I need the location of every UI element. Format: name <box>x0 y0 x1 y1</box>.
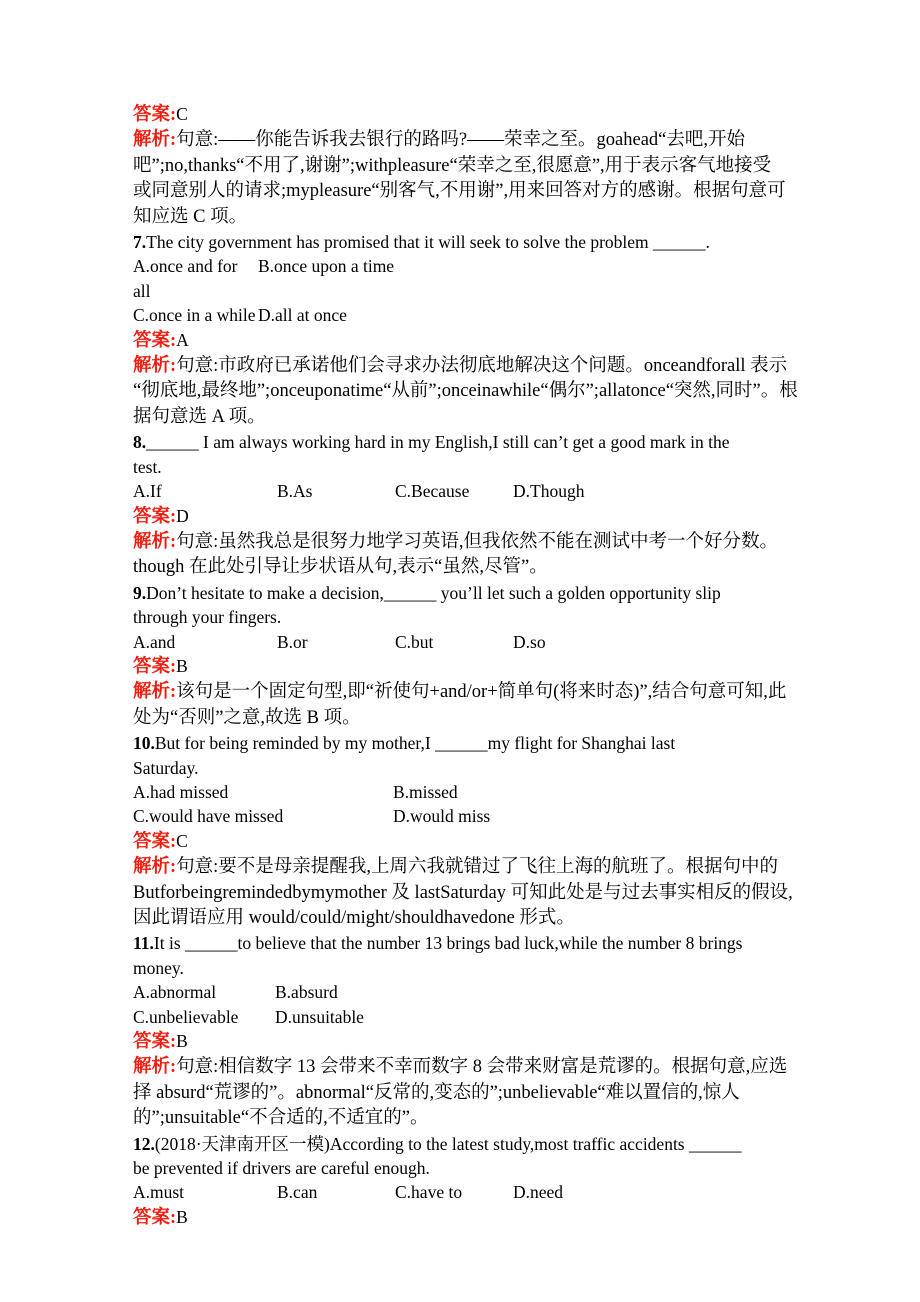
analysis-label: 解析: <box>133 356 176 376</box>
analysis-text: 句意:——你能告诉我去银行的路吗?——荣幸之至。goahead“去吧,开始 吧”… <box>133 130 786 226</box>
question-number: 7. <box>133 232 146 252</box>
option-c: C.have to <box>395 1180 513 1204</box>
question-11: 11.It is ______to believe that the numbe… <box>133 931 800 1131</box>
option-a: A.had missed <box>133 780 393 804</box>
option-c: C.once in a while <box>133 303 258 327</box>
answer-key-page: 答案:C 解析:句意:——你能告诉我去银行的路吗?——荣幸之至。goahead“… <box>0 0 920 1231</box>
option-b: B.As <box>277 479 395 503</box>
analysis-line: 解析:该句是一个固定句型,即“祈使句+and/or+简单句(将来时态)”,结合句… <box>133 680 800 731</box>
options-row: A.abnormalB.absurd <box>133 980 800 1004</box>
answer-value: A <box>176 330 189 350</box>
question-9: 9.Don’t hesitate to make a decision,____… <box>133 581 800 731</box>
option-a: A.must <box>133 1180 277 1204</box>
stem-text: ______ I am always working hard in my En… <box>133 432 730 476</box>
answer-label: 答案: <box>133 657 176 677</box>
analysis-text: 该句是一个固定句型,即“祈使句+and/or+简单句(将来时态)”,结合句意可知… <box>133 682 786 727</box>
analysis-line: 解析:句意:相信数字 13 会带来不幸而数字 8 会带来财富是荒谬的。根据句意,… <box>133 1055 800 1131</box>
answer-label: 答案: <box>133 1208 176 1228</box>
answer-label: 答案: <box>133 507 176 527</box>
analysis-label: 解析: <box>133 857 176 877</box>
answer-value: B <box>176 656 188 676</box>
option-c: C.but <box>395 630 513 654</box>
option-c: C.Because <box>395 479 513 503</box>
option-a: A.and <box>133 630 277 654</box>
answer-label: 答案: <box>133 331 176 351</box>
stem-text: It is ______to believe that the number 1… <box>133 933 743 977</box>
analysis-label: 解析: <box>133 130 176 150</box>
option-b: B.once upon a time <box>258 254 394 278</box>
stem-text: But for being reminded by my mother,I __… <box>133 733 675 777</box>
answer-value: B <box>176 1031 188 1051</box>
stem-text: (2018·天津南开区一模)According to the latest st… <box>133 1134 742 1178</box>
question-stem: 7.The city government has promised that … <box>133 230 800 254</box>
question-number: 8. <box>133 432 146 452</box>
analysis-text: 句意:虽然我总是很努力地学习英语,但我依然不能在测试中考一个好分数。 thoug… <box>133 532 778 577</box>
answer-label: 答案: <box>133 1032 176 1052</box>
options-row: A.IfB.AsC.BecauseD.Though <box>133 479 800 503</box>
question-number: 9. <box>133 583 146 603</box>
option-b: B.absurd <box>275 980 338 1004</box>
option-b: B.or <box>277 630 395 654</box>
answer-line: 答案:C <box>133 829 800 855</box>
analysis-label: 解析: <box>133 682 176 702</box>
option-b: B.can <box>277 1180 395 1204</box>
option-b: B.missed <box>393 780 458 804</box>
question-stem: 8.______ I am always working hard in my … <box>133 430 800 479</box>
answer-label: 答案: <box>133 832 176 852</box>
question-stem: 12.(2018·天津南开区一模)According to the latest… <box>133 1132 800 1181</box>
analysis-label: 解析: <box>133 1057 176 1077</box>
analysis-line: 解析:句意:市政府已承诺他们会寻求办法彻底地解决这个问题。onceandfora… <box>133 354 800 430</box>
answer-line: 答案:A <box>133 328 800 354</box>
question-number: 11. <box>133 933 154 953</box>
answer-line: 答案:B <box>133 654 800 680</box>
option-d: D.would miss <box>393 804 490 828</box>
answer-value: B <box>176 1207 188 1227</box>
option-d: D.unsuitable <box>275 1005 364 1029</box>
question-7: 7.The city government has promised that … <box>133 230 800 430</box>
option-c: C.unbelievable <box>133 1005 275 1029</box>
analysis-text: 句意:相信数字 13 会带来不幸而数字 8 会带来财富是荒谬的。根据句意,应选 … <box>133 1057 787 1128</box>
option-a: A.once and for all <box>133 254 258 303</box>
analysis-label: 解析: <box>133 532 176 552</box>
question-12: 12.(2018·天津南开区一模)According to the latest… <box>133 1132 800 1232</box>
analysis-line: 解析:句意:虽然我总是很努力地学习英语,但我依然不能在测试中考一个好分数。 th… <box>133 530 800 581</box>
option-d: D.so <box>513 630 546 654</box>
question-stem: 9.Don’t hesitate to make a decision,____… <box>133 581 800 630</box>
analysis-line: 解析:句意:——你能告诉我去银行的路吗?——荣幸之至。goahead“去吧,开始… <box>133 128 800 230</box>
stem-text: Don’t hesitate to make a decision,______… <box>133 583 721 627</box>
option-a: A.If <box>133 479 277 503</box>
option-d: D.need <box>513 1180 563 1204</box>
option-d: D.all at once <box>258 303 347 327</box>
answer-line: 答案:D <box>133 504 800 530</box>
answer-value: C <box>176 104 188 124</box>
options-row: C.unbelievableD.unsuitable <box>133 1005 800 1029</box>
analysis-text: 句意:市政府已承诺他们会寻求办法彻底地解决这个问题。onceandforall … <box>133 356 798 427</box>
answer-line: 答案:C <box>133 102 800 128</box>
answer-line: 答案:B <box>133 1029 800 1055</box>
options-row: A.mustB.canC.have toD.need <box>133 1180 800 1204</box>
analysis-line: 解析:句意:要不是母亲提醒我,上周六我就错过了飞往上海的航班了。根据句中的 Bu… <box>133 855 800 931</box>
answer-label: 答案: <box>133 105 176 125</box>
question-stem: 10.But for being reminded by my mother,I… <box>133 731 800 780</box>
options-row: A.had missedB.missed <box>133 780 800 804</box>
stem-text: The city government has promised that it… <box>146 232 710 252</box>
option-a: A.abnormal <box>133 980 275 1004</box>
analysis-text: 句意:要不是母亲提醒我,上周六我就错过了飞往上海的航班了。根据句中的 Butfo… <box>133 857 793 928</box>
option-c: C.would have missed <box>133 804 393 828</box>
question-stem: 11.It is ______to believe that the numbe… <box>133 931 800 980</box>
options-row: C.would have missedD.would miss <box>133 804 800 828</box>
question-10: 10.But for being reminded by my mother,I… <box>133 731 800 931</box>
options-row: A.once and for allB.once upon a time <box>133 254 800 303</box>
answer-line: 答案:B <box>133 1205 800 1231</box>
options-row: A.andB.orC.butD.so <box>133 630 800 654</box>
question-number: 10. <box>133 733 155 753</box>
option-d: D.Though <box>513 479 584 503</box>
options-row: C.once in a whileD.all at once <box>133 303 800 327</box>
answer-value: D <box>176 506 189 526</box>
question-8: 8.______ I am always working hard in my … <box>133 430 800 580</box>
answer-value: C <box>176 831 188 851</box>
question-number: 12. <box>133 1134 155 1154</box>
